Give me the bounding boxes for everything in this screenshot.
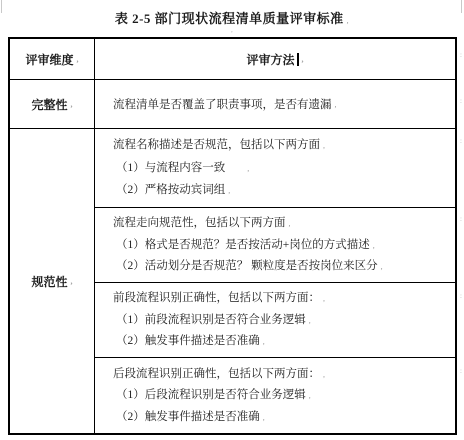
cell-end-mark: : [460, 293, 462, 300]
paragraph-mark: , [323, 294, 325, 303]
review-criteria-table: 评审维度, 评审方法, 完整性, 流程清单是否覆盖了职责事项，是否有遗漏, 规范… [8, 37, 457, 435]
header-cell-dimension[interactable]: 评审维度, [10, 39, 95, 79]
cell-end-mark: : [460, 368, 462, 375]
cell-end-mark: : [460, 138, 462, 145]
paragraph-mark: , [309, 316, 311, 325]
paragraph-mark: , [71, 277, 73, 286]
method-section-process-name[interactable]: 流程名称描述是否规范，包括以下两方面, （1）与流程内容一致, （2）严格按动宾… [95, 129, 455, 207]
paragraph-mark: , [347, 16, 350, 25]
paragraph-mark: , [77, 55, 79, 64]
section-point-1: （1）与流程内容一致, [95, 161, 451, 176]
paragraph-mark: , [228, 186, 230, 195]
section-heading: 前段流程识别正确性，包括以下两方面：, [95, 291, 451, 306]
method-cell-normativity: 流程名称描述是否规范，包括以下两方面, （1）与流程内容一致, （2）严格按动宾… [95, 129, 455, 433]
cell-end-mark: : [460, 216, 462, 223]
paragraph-mark: , [309, 391, 311, 400]
dimension-label: 完整性 [31, 96, 67, 113]
method-section-process-flow[interactable]: 流程走向规范性，包括以下两方面, （1）格式是否规范？是否按活动+岗位的方式描述… [95, 207, 455, 282]
section-heading: 流程走向规范性，包括以下两方面, [95, 216, 451, 231]
table-row-normativity: 规范性, 流程名称描述是否规范，包括以下两方面, （1）与流程内容一致, （2）… [10, 128, 455, 433]
section-point-2: （2）触发事件描述是否准确, [95, 334, 451, 349]
method-cell-completeness[interactable]: 流程清单是否覆盖了职责事项，是否有遗漏, [95, 80, 455, 128]
cell-end-mark: : [460, 98, 462, 105]
dimension-cell-normativity[interactable]: 规范性, [10, 129, 95, 433]
method-section-upstream-process[interactable]: 前段流程识别正确性，包括以下两方面：, （1）前段流程识别是否符合业务逻辑, （… [95, 282, 455, 357]
section-point-2: （2）活动划分是否规范？ 颗粒度是否按岗位来区分, [95, 259, 451, 274]
text-insertion-cursor [297, 53, 299, 66]
section-point-1: （1）格式是否规范？是否按活动+岗位的方式描述, [95, 238, 451, 253]
paragraph-mark: , [247, 164, 249, 173]
header-cell-method[interactable]: 评审方法, [95, 39, 455, 79]
paragraph-mark: , [263, 337, 265, 346]
dimension-label: 规范性 [31, 273, 67, 290]
dimension-cell-completeness[interactable]: 完整性, [10, 80, 95, 128]
table-row-completeness: 完整性, 流程清单是否覆盖了职责事项，是否有遗漏, [10, 79, 455, 128]
table-caption[interactable]: 表 2-5 部门现状流程清单质量评审标准, [0, 8, 464, 27]
cell-end-mark: : [460, 52, 462, 59]
paragraph-mark: , [323, 141, 325, 150]
table-header-row: 评审维度, 评审方法, [10, 39, 455, 79]
section-point-1: （1）前段流程识别是否符合业务逻辑, [95, 313, 451, 328]
method-text: 流程清单是否覆盖了职责事项，是否有遗漏 [113, 96, 332, 112]
section-heading: 后段流程识别正确性，包括以下两方面：, [95, 367, 451, 382]
method-section-downstream-process[interactable]: 后段流程识别正确性，包括以下两方面：, （1）后段流程识别是否符合业务逻辑, （… [95, 357, 455, 433]
header-dimension-label: 评审维度 [25, 51, 73, 68]
paragraph-mark: , [263, 413, 265, 422]
paragraph-mark: , [71, 100, 73, 109]
section-heading: 流程名称描述是否规范，包括以下两方面, [95, 138, 451, 153]
paragraph-mark: , [289, 219, 291, 228]
paragraph-mark: , [373, 241, 375, 250]
section-point-2: （2）触发事件描述是否准确, [95, 410, 451, 425]
paragraph-mark: , [381, 262, 383, 271]
empty-paragraph-mark: , [231, 26, 233, 34]
section-point-2: （2）严格按动宾词组, [95, 183, 451, 198]
paragraph-mark: , [323, 370, 325, 379]
header-method-label: 评审方法 [246, 51, 294, 68]
section-point-1: （1）后段流程识别是否符合业务逻辑, [95, 388, 451, 403]
document-page: 表 2-5 部门现状流程清单质量评审标准, , 评审维度, 评审方法, 完整性,… [0, 0, 464, 440]
paragraph-mark: , [302, 55, 304, 64]
paragraph-mark: , [335, 100, 337, 109]
table-caption-text: 表 2-5 部门现状流程清单质量评审标准 [115, 11, 344, 26]
